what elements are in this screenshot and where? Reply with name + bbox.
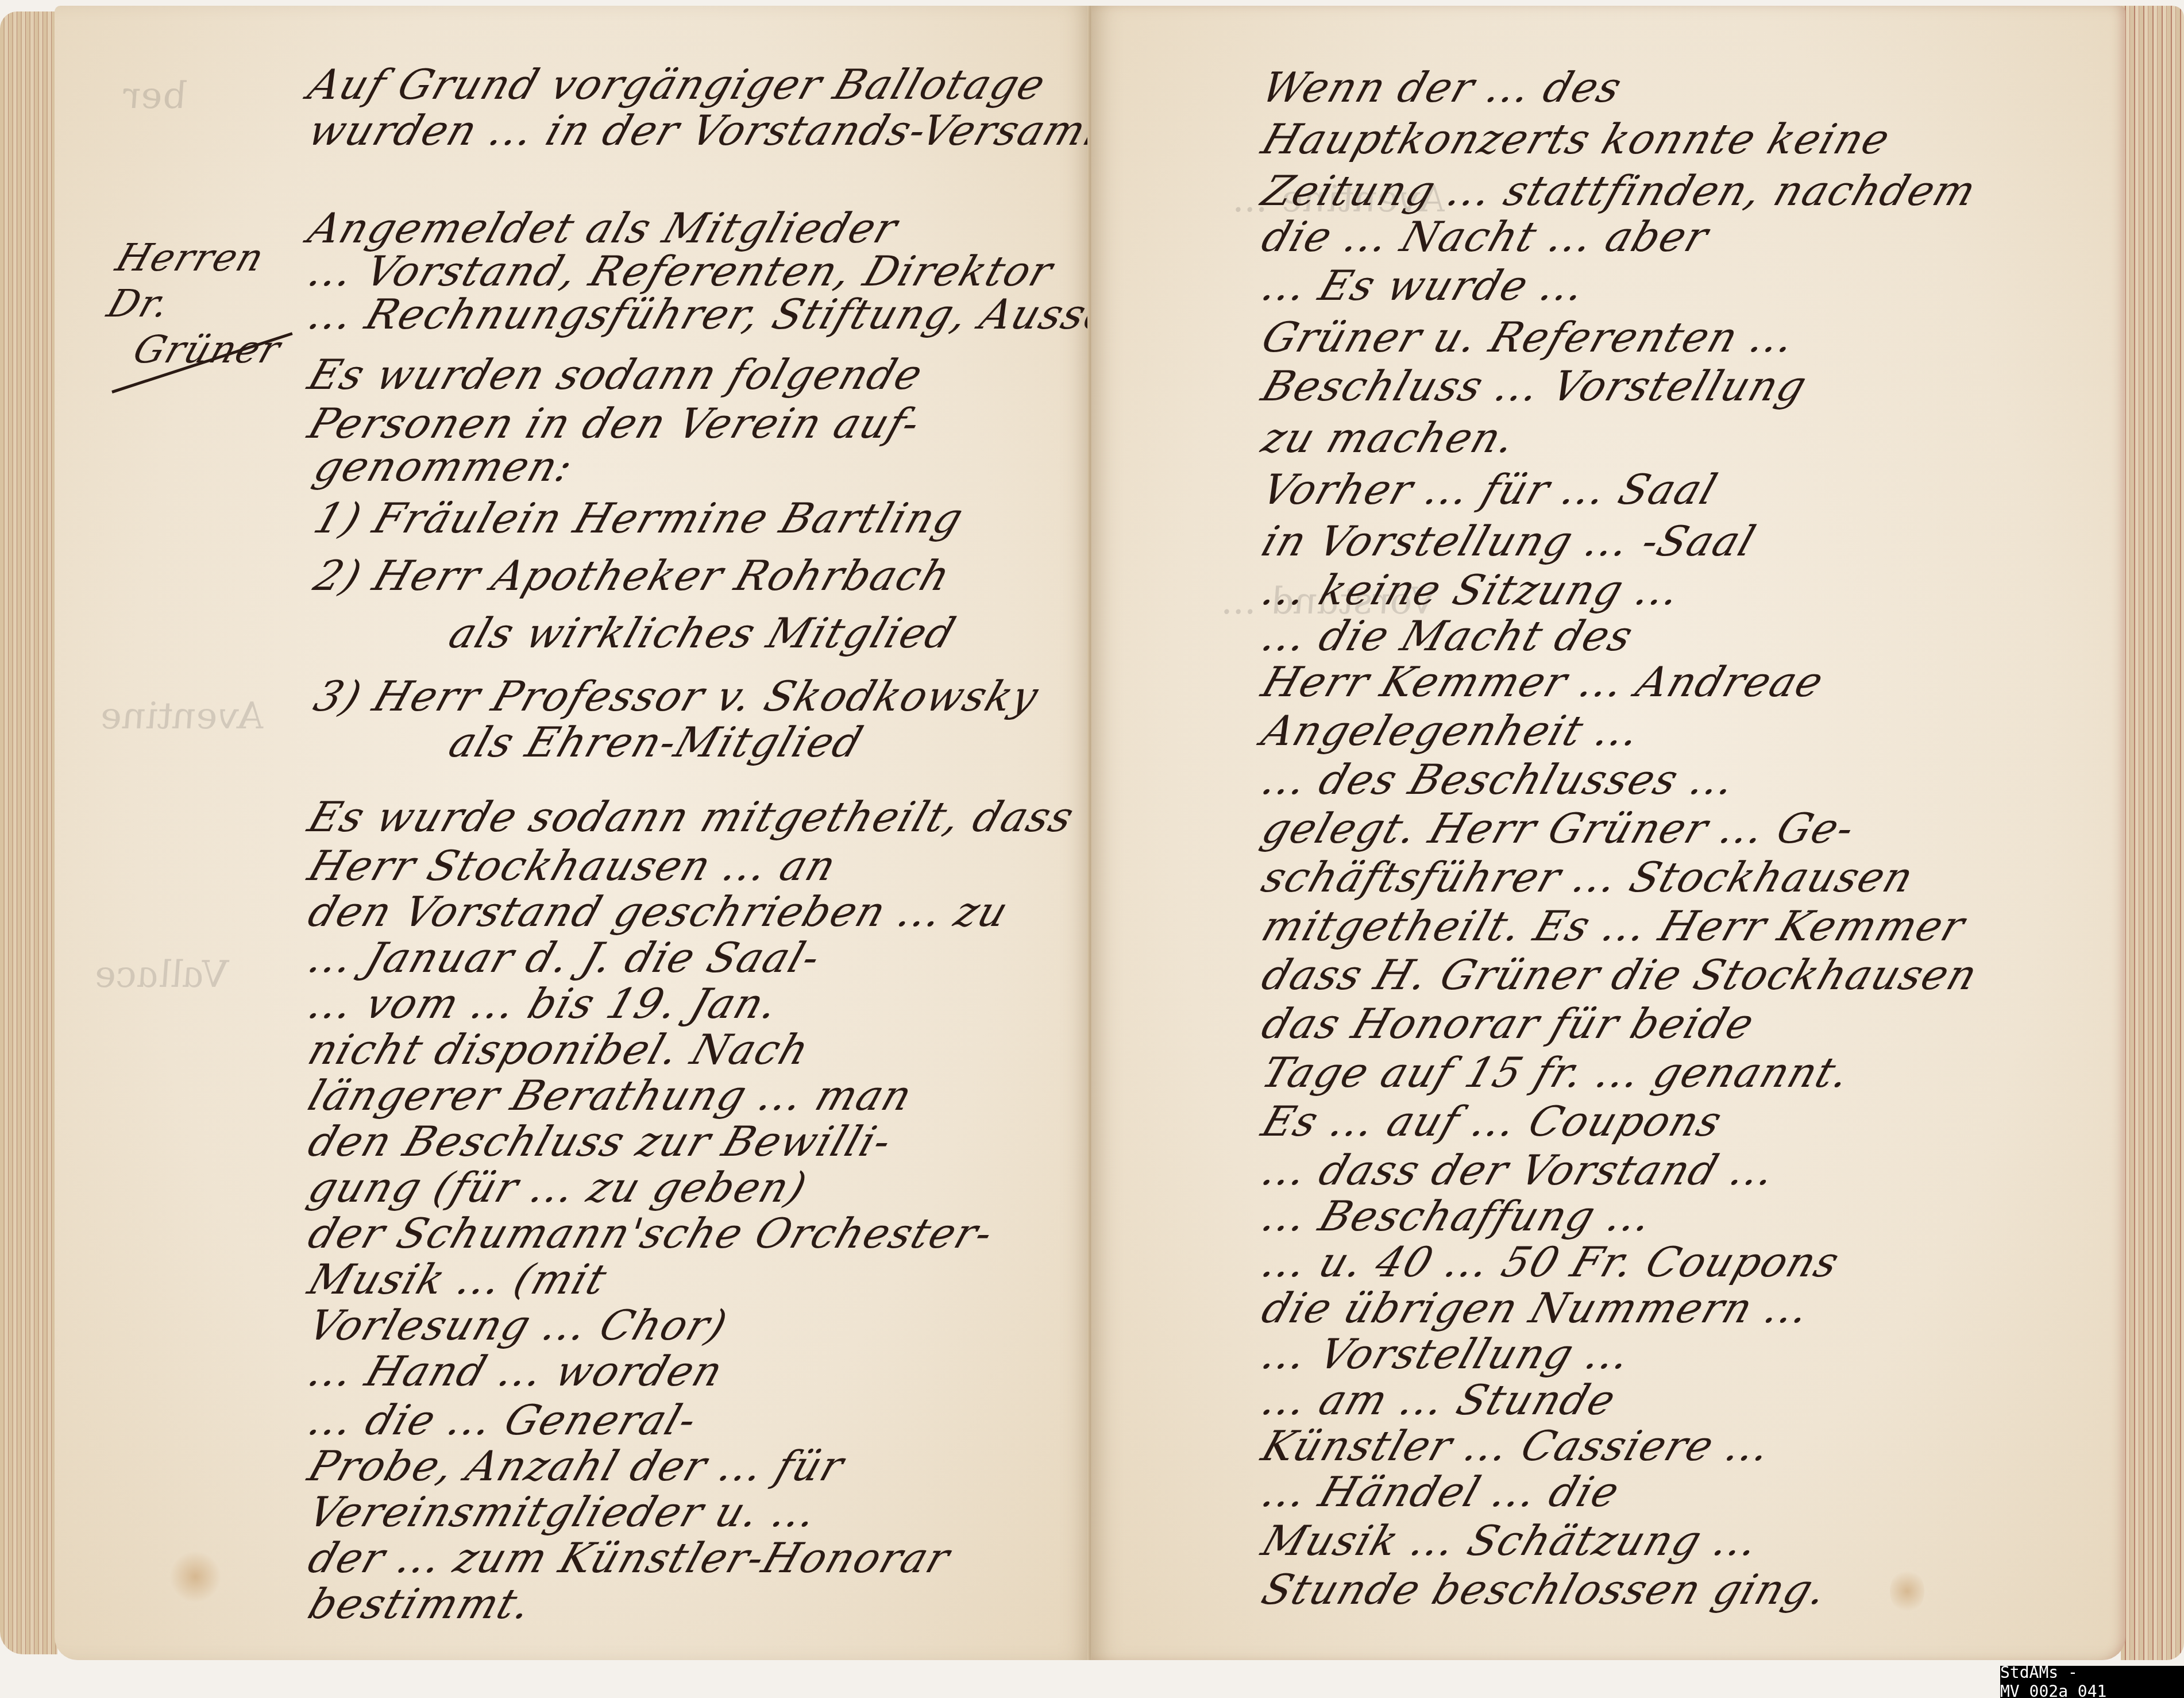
text-line: den Vorstand geschrieben ... zu (302, 887, 1015, 936)
margin-note-line: Herren (110, 236, 270, 280)
text-line: dass H. Grüner die Stockhausen (1256, 951, 1984, 999)
text-line: ... die Macht des (1256, 612, 1639, 660)
text-line: ... dass der Vorstand ... (1256, 1146, 1782, 1194)
text-line: der ... zum Künstler-Honorar (302, 1534, 956, 1582)
text-line: die ... Nacht ... aber (1256, 213, 1715, 261)
text-line: Es ... auf ... Coupons (1256, 1097, 1728, 1145)
text-line: den Beschluss zur Bewilli- (302, 1117, 898, 1166)
text-line: die übrigen Nummern ... (1256, 1284, 1817, 1332)
bleed-through-text: Aventine (95, 695, 269, 738)
text-line: zu machen. (1256, 414, 1522, 462)
right-page-stack-edge (2121, 6, 2184, 1660)
text-line: Angemeldet als Mitglieder (302, 204, 904, 252)
text-line: ... Beschaffung ... (1256, 1192, 1660, 1240)
text-line: bestimmt. (302, 1580, 538, 1628)
text-line: Beschluss ... Vorstellung (1256, 362, 1813, 410)
text-line: ... Händel ... die (1256, 1468, 1626, 1516)
text-line: Hauptkonzerts konnte keine (1256, 115, 1897, 163)
list-item: 2) Herr Apotheker Rohrbach (308, 551, 957, 600)
bleed-through-text: ber (118, 75, 192, 117)
text-line: ... Vorstand, Referenten, Direktor (302, 247, 1059, 295)
text-line: das Honorar für beide (1256, 999, 1761, 1048)
text-line: Tage auf 15 fr. ... genannt. (1256, 1048, 1857, 1097)
text-line: in Vorstellung ... -Saal (1256, 517, 1762, 565)
text-line: Vorlesung ... Chor) (302, 1301, 734, 1349)
text-line: Künstler ... Cassiere ... (1256, 1422, 1778, 1470)
text-line: Grüner u. Referenten ... (1256, 313, 1802, 361)
text-line: Musik ... Schätzung ... (1256, 1516, 1766, 1565)
archive-image-label: StdAMs - MV_002a_041 (2000, 1666, 2184, 1698)
text-line: ... u. 40 ... 50 Fr. Coupons (1256, 1238, 1846, 1286)
text-line: Es wurde sodann mitgetheilt, dass (302, 793, 1081, 841)
text-line: Es wurden sodann folgende (302, 350, 929, 399)
text-line: Angelegenheit ... (1256, 707, 1647, 755)
list-item: 3) Herr Professor v. Skodkowsky (308, 672, 1045, 720)
text-line: ... Hand ... worden (302, 1347, 730, 1395)
bleed-through-text: Vallace (89, 954, 233, 996)
text-line: gelegt. Herr Grüner ... Ge- (1256, 804, 1861, 852)
text-line: ... vom ... bis 19. Jan. (302, 979, 785, 1028)
text-line: Zeitung ... stattfinden, nachdem (1256, 167, 1983, 215)
text-line: nicht disponibel. Nach (302, 1025, 816, 1074)
text-line: Probe, Anzahl der ... für (302, 1442, 850, 1490)
text-line: längerer Berathung ... man (302, 1071, 919, 1120)
right-page: Aventine ... Vorstand ... Wenn der ... d… (1091, 6, 2125, 1660)
text-line: Herr Kemmer ... Andreae (1256, 658, 1830, 706)
text-line: ... Vorstellung ... (1256, 1330, 1638, 1378)
text-line: Personen in den Verein auf- (302, 399, 927, 447)
text-line: ... Es wurde ... (1256, 261, 1592, 310)
text-line: Vereinsmitglieder u. ... (302, 1488, 824, 1536)
manuscript-book-spread: ber Aventine Vallace Herren Dr. Grüner A… (0, 0, 2184, 1666)
left-page: ber Aventine Vallace Herren Dr. Grüner A… (55, 6, 1091, 1660)
text-line: ... keine Sitzung ... (1256, 566, 1688, 614)
text-line: ... Januar d. J. die Saal- (302, 933, 827, 982)
text-line: der Schumann'sche Orchester- (302, 1209, 1000, 1257)
text-line: mitgetheilt. Es ... Herr Kemmer (1256, 902, 1971, 950)
stain (169, 1551, 221, 1603)
text-line: Herr Stockhausen ... an (302, 842, 843, 890)
text-line: Stunde beschlossen ging. (1256, 1565, 1834, 1614)
text-line: ... am ... Stunde (1256, 1376, 1622, 1424)
text-line: ... Rechnungsführer, Stiftung, Ausschuss (302, 290, 1218, 338)
margin-note-line: Dr. (102, 281, 176, 326)
text-line: gung (für ... zu geben) (302, 1163, 813, 1211)
margin-note-line: Grüner (128, 327, 287, 372)
text-line: Auf Grund vorgängiger Ballotage (302, 60, 1052, 109)
text-line: Vorher ... für ... Saal (1256, 465, 1723, 514)
left-page-stack-edge (0, 11, 57, 1654)
list-item: 1) Fräulein Hermine Bartling (308, 494, 970, 542)
text-line: ... die ... General- (302, 1396, 704, 1444)
text-line: Wenn der ... des (1256, 63, 1629, 111)
text-line: genommen: (308, 442, 580, 491)
text-line: Musik ... (mit (302, 1255, 613, 1303)
text-line: ... des Beschlusses ... (1256, 755, 1742, 804)
stain (1890, 1568, 1924, 1614)
text-line: schäftsführer ... Stockhausen (1256, 853, 1920, 901)
list-item-role: als wirkliches Mitglied (443, 609, 962, 657)
list-item-role: als Ehren-Mitglied (443, 718, 869, 766)
